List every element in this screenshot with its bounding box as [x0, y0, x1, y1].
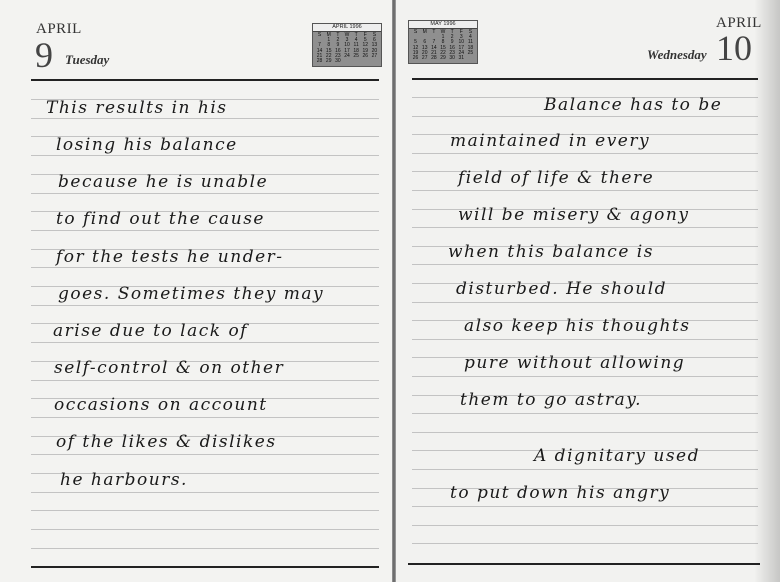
left-diary-page: APRIL 9 Tuesday APRIL 1996 SMTWTFS123456… [0, 0, 392, 582]
right-day-number: 10 [716, 30, 752, 66]
ruled-line [412, 116, 758, 117]
left-day-number: 9 [35, 37, 53, 73]
ruled-line [412, 469, 758, 470]
calendar-cell [466, 56, 475, 61]
ruled-line [412, 525, 758, 526]
ruled-line [412, 506, 758, 507]
handwritten-line: of the likes & dislikes [56, 432, 277, 452]
handwritten-line: Balance has to be [544, 95, 722, 115]
calendar-cell [352, 59, 361, 64]
footer-divider [31, 566, 379, 568]
handwritten-line: This results in his [46, 98, 228, 118]
calendar-cell: 26 [411, 56, 420, 61]
right-weekday: Wednesday [647, 47, 707, 63]
footer-divider [408, 563, 760, 565]
ruled-line [412, 264, 758, 265]
handwritten-line: because he is unable [58, 172, 268, 192]
ruled-line [31, 230, 379, 231]
ruled-line [412, 339, 758, 340]
mini-calendar-title: MAY 1996 [409, 21, 477, 29]
handwritten-line: maintained in every [450, 131, 650, 151]
right-diary-page: MAY 1996 SMTWTFS123456789101112131415161… [396, 0, 780, 582]
handwritten-line: he harbours. [60, 470, 188, 490]
handwritten-line: will be misery & agony [458, 205, 689, 225]
ruled-line [412, 543, 758, 544]
ruled-line [31, 118, 379, 119]
mini-calendar-grid: SMTWTFS123456789101112131415161718192021… [313, 32, 381, 65]
ruled-line [31, 510, 379, 511]
handwritten-line: them to go astray. [460, 390, 642, 410]
ruled-line [31, 305, 379, 306]
handwritten-line: when this balance is [448, 242, 654, 262]
handwritten-line: pure without allowing [464, 353, 685, 373]
ruled-line [31, 454, 379, 455]
calendar-cell [370, 59, 379, 64]
handwritten-line: also keep his thoughts [464, 316, 691, 336]
ruled-line [31, 267, 379, 268]
page-edge-shadow [754, 0, 780, 582]
mini-calendar-april: APRIL 1996 SMTWTFS1234567891011121314151… [312, 23, 382, 67]
calendar-cell: 27 [420, 56, 429, 61]
handwritten-line: A dignitary used [534, 446, 700, 466]
handwritten-line: arise due to lack of [53, 321, 248, 341]
handwritten-line: occasions on account [54, 395, 268, 415]
mini-calendar-title: APRIL 1996 [313, 24, 381, 32]
handwritten-line: for the tests he under- [56, 247, 284, 267]
handwritten-line: disturbed. He should [456, 279, 667, 299]
handwritten-line: to put down his angry [450, 483, 670, 503]
header-divider [412, 78, 758, 80]
ruled-line [31, 193, 379, 194]
calendar-cell: 31 [457, 56, 466, 61]
ruled-line [412, 376, 758, 377]
ruled-line [31, 492, 379, 493]
calendar-cell: 30 [333, 59, 342, 64]
mini-calendar-grid: SMTWTFS123456789101112131415161718192021… [409, 29, 477, 62]
left-weekday: Tuesday [65, 52, 109, 68]
calendar-cell [342, 59, 351, 64]
handwritten-line: losing his balance [56, 135, 238, 155]
ruled-line [31, 548, 379, 549]
ruled-line [412, 190, 758, 191]
header-divider [31, 79, 379, 81]
handwritten-line: self-control & on other [54, 358, 284, 378]
calendar-cell [361, 59, 370, 64]
calendar-cell: 28 [315, 59, 324, 64]
handwritten-line: goes. Sometimes they may [58, 284, 324, 304]
mini-calendar-may: MAY 1996 SMTWTFS123456789101112131415161… [408, 20, 478, 64]
ruled-line [412, 227, 758, 228]
calendar-cell: 29 [324, 59, 333, 64]
handwritten-line: field of life & there [458, 168, 654, 188]
ruled-line [412, 413, 758, 414]
handwritten-line: to find out the cause [56, 209, 265, 229]
ruled-line [412, 432, 758, 433]
calendar-cell: 30 [448, 56, 457, 61]
calendar-cell: 29 [438, 56, 447, 61]
ruled-line [31, 342, 379, 343]
calendar-cell: 28 [429, 56, 438, 61]
ruled-line [31, 417, 379, 418]
ruled-line [31, 380, 379, 381]
ruled-line [412, 153, 758, 154]
ruled-line [412, 302, 758, 303]
ruled-line [31, 529, 379, 530]
ruled-line [31, 155, 379, 156]
